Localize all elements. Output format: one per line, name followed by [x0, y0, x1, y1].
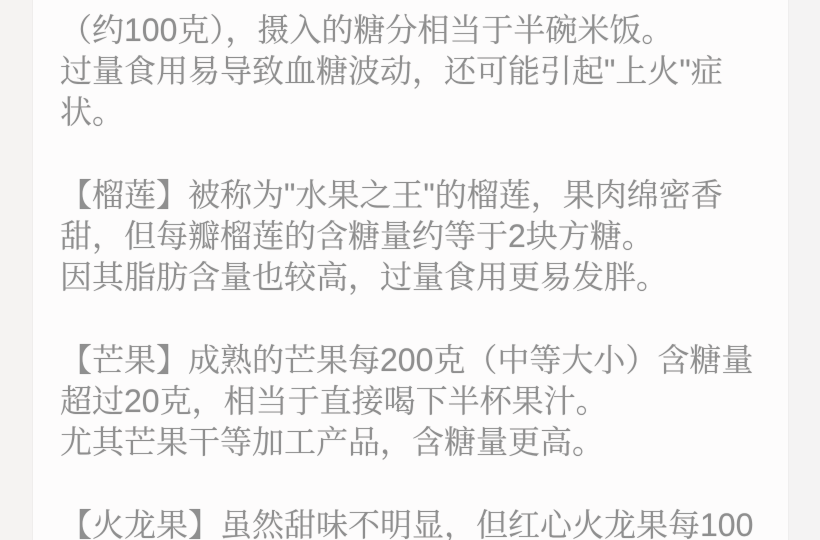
text-line: 【火龙果】虽然甜味不明显，但红心火龙果每100 [60, 505, 788, 540]
text-line: 甜，但每瓣榴莲的含糖量约等于2块方糖。 [60, 216, 788, 257]
article-scroll-area[interactable]: （约100克），摄入的糖分相当于半碗米饭。 过量食用易导致血糖波动，还可能引起"… [33, 0, 788, 540]
text-line: 【榴莲】被称为"水果之王"的榴莲，果肉绵密香 [60, 175, 788, 216]
right-margin-band [788, 0, 820, 540]
paragraph-dragonfruit: 【火龙果】虽然甜味不明显，但红心火龙果每100 [60, 505, 788, 540]
text-line: 因其脂肪含量也较高，过量食用更易发胖。 [60, 257, 788, 298]
paragraph-mango: 【芒果】成熟的芒果每200克（中等大小）含糖量 超过20克，相当于直接喝下半杯果… [60, 340, 788, 463]
paragraph-intro-continued: （约100克），摄入的糖分相当于半碗米饭。 过量食用易导致血糖波动，还可能引起"… [60, 10, 788, 133]
text-line: 超过20克，相当于直接喝下半杯果汁。 [60, 381, 788, 422]
left-margin-band [0, 0, 33, 540]
text-line: 过量食用易导致血糖波动，还可能引起"上火"症 [60, 51, 788, 92]
article-page: （约100克），摄入的糖分相当于半碗米饭。 过量食用易导致血糖波动，还可能引起"… [0, 0, 820, 540]
text-line: 状。 [60, 92, 788, 133]
text-line: （约100克），摄入的糖分相当于半碗米饭。 [60, 10, 788, 51]
text-line: 【芒果】成熟的芒果每200克（中等大小）含糖量 [60, 340, 788, 381]
text-line: 尤其芒果干等加工产品，含糖量更高。 [60, 422, 788, 463]
paragraph-durian: 【榴莲】被称为"水果之王"的榴莲，果肉绵密香 甜，但每瓣榴莲的含糖量约等于2块方… [60, 175, 788, 298]
